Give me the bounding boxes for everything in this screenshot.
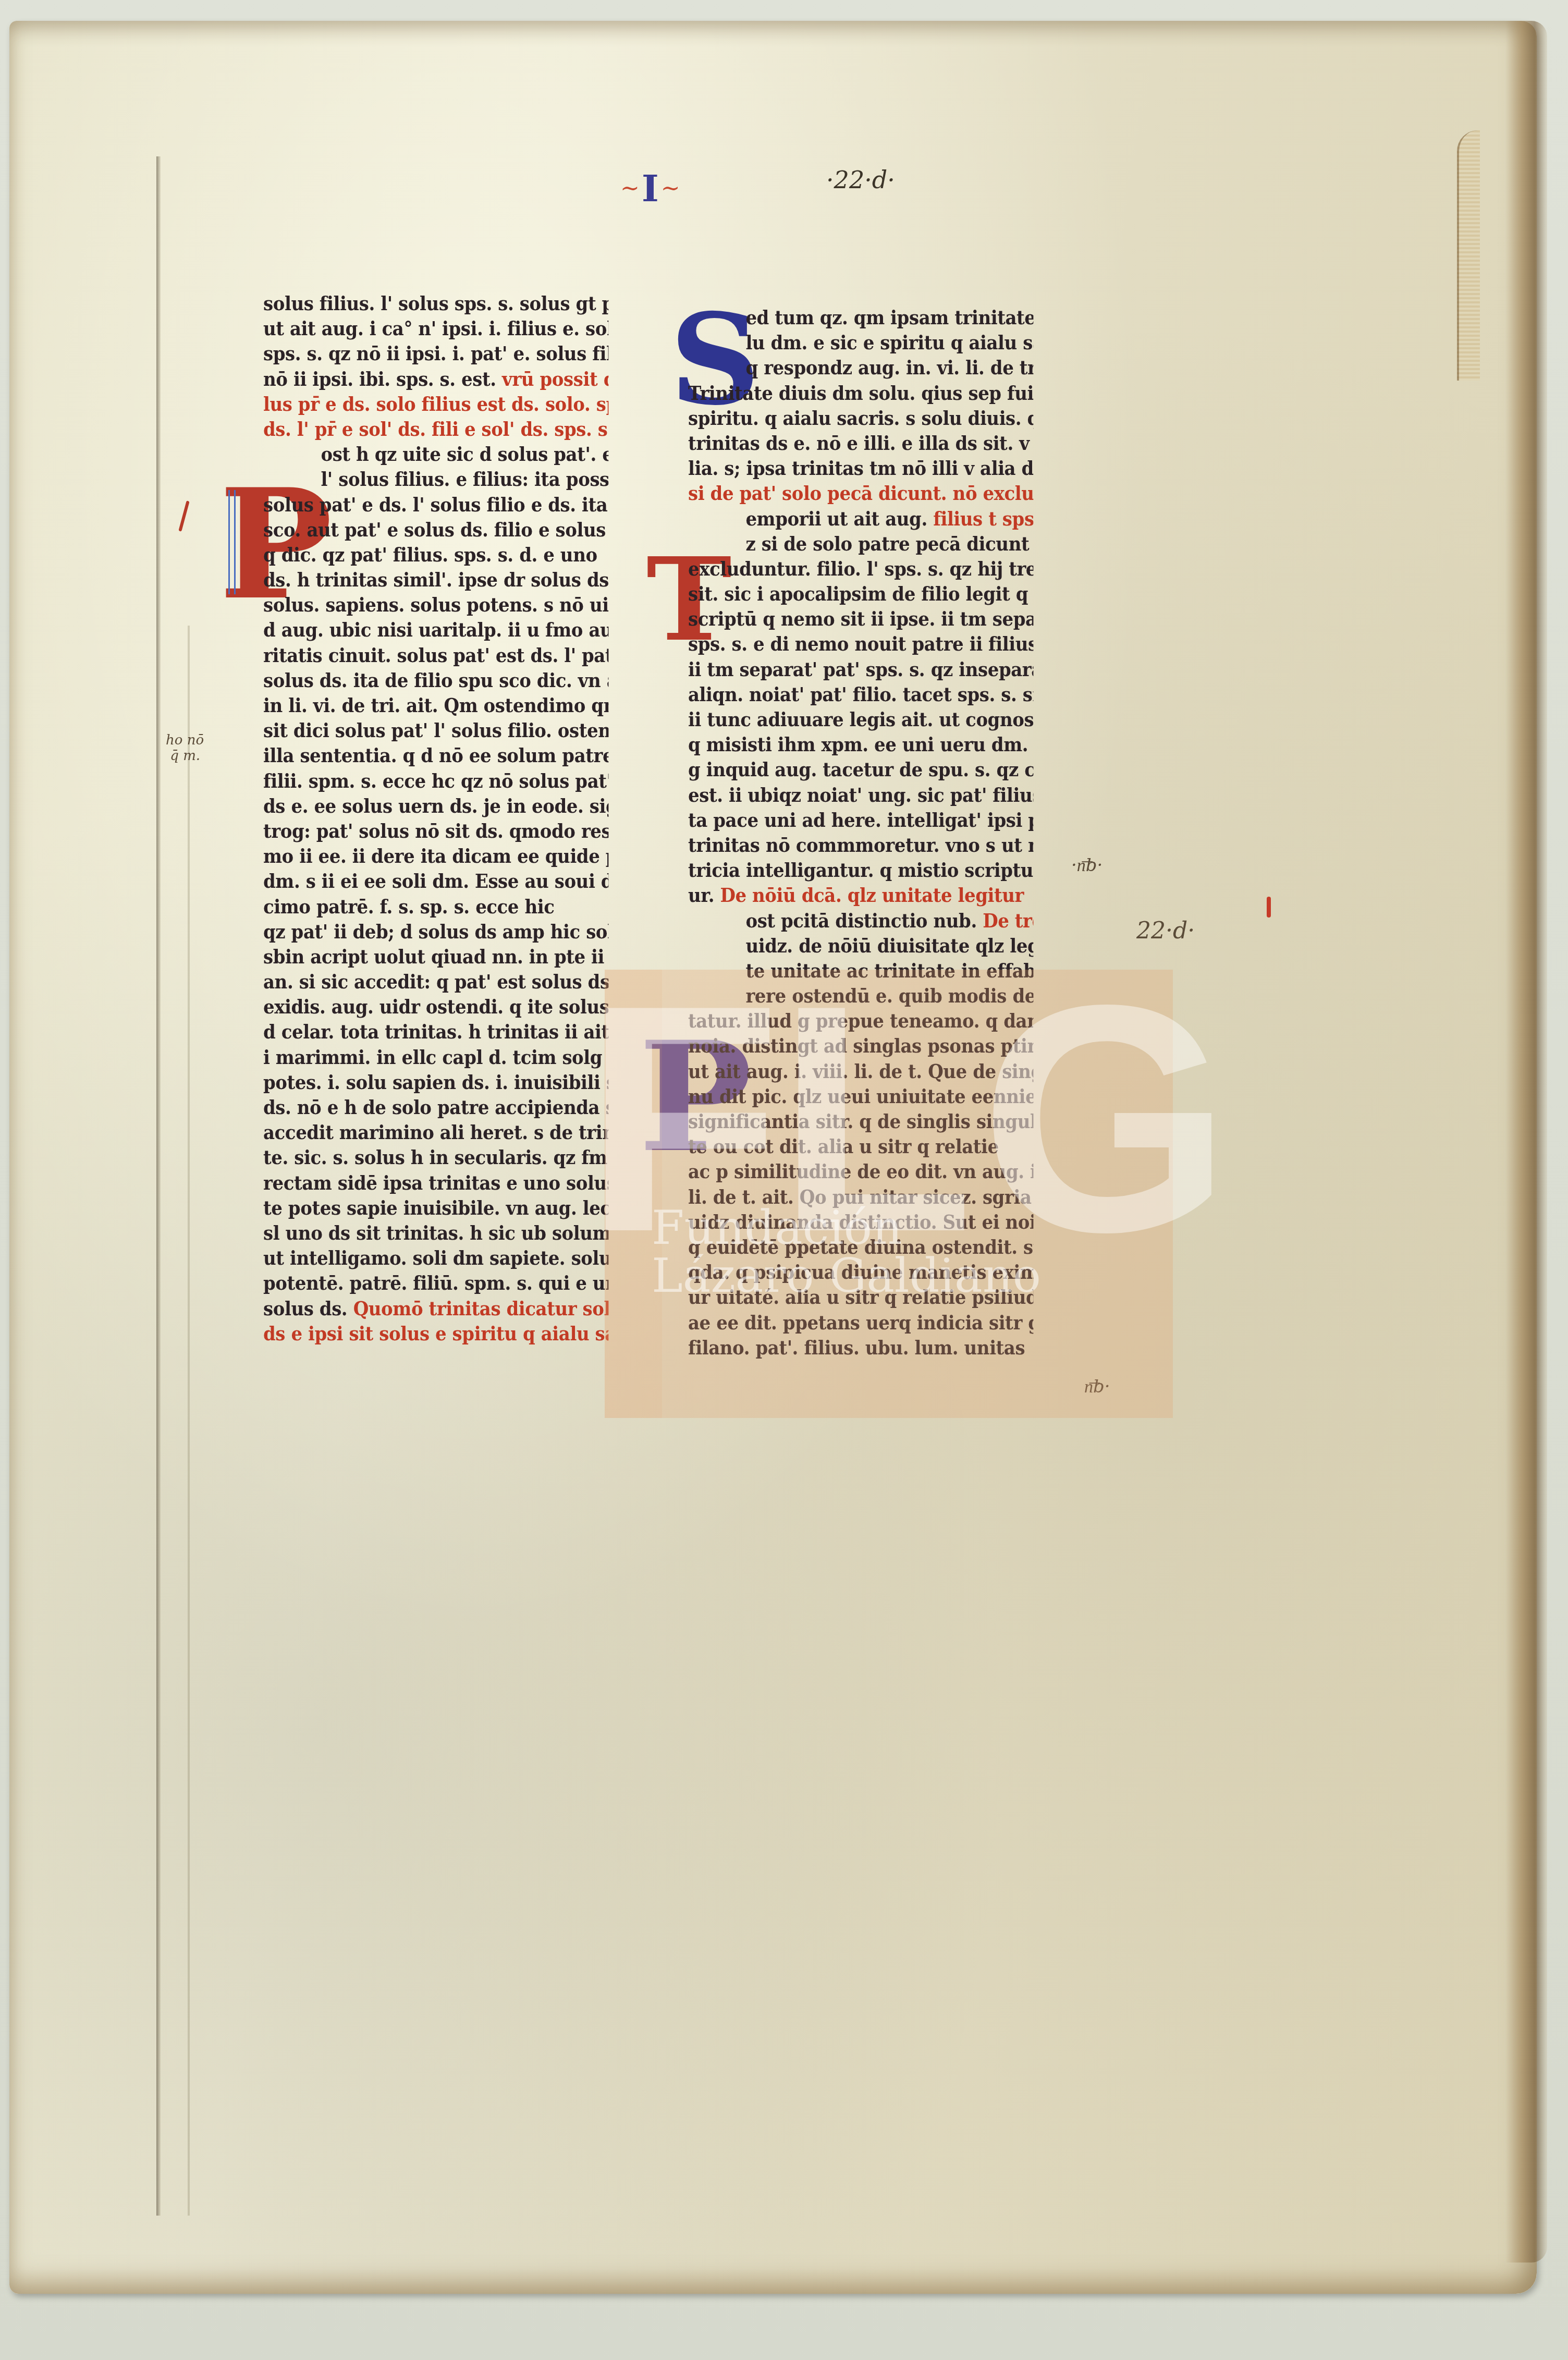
text-line: Trinitate diuis dm solu. qius sep fuit c… [688,381,1033,406]
text-line: ed tum qz. qm ipsam trinitate diuis so [688,305,1033,330]
text-line: solus pat' e ds. l' solus filio e ds. it… [263,492,608,517]
text-line: d aug. ubic nisi uaritalp. ii u fmo auct… [263,617,608,642]
rubric-text: filius t sps. s. [933,507,1033,530]
text-line: exidis. aug. uidr ostendi. q ite solus d… [263,994,608,1019]
text-line: solus ds. ita de filio spu sco dic. vn a… [263,668,608,693]
running-head-letter: I [642,167,659,210]
text-line: solus. sapiens. solus potens. s nō uidr … [263,592,608,617]
text-line: ur uitaté. alia u sitr q relatie psiliud… [688,1285,1033,1310]
running-head: ~ I ~ [620,167,680,210]
nota-bene-mark-second: n͞b· [1084,1376,1110,1397]
text-line: tatur. illud g prepue teneamo. q dam ee [688,1008,1033,1033]
text-line: significantia sitr. q de singlis singula… [688,1109,1033,1134]
page-edge-right [1505,21,1547,2263]
text-line: solus filius. l' solus sps. s. solus gt … [263,291,608,316]
text-line: te unitate ac trinitate in effabilis uen… [688,958,1033,983]
text-line: mo ii ee. ii dere ita dicam ee quide pat… [263,843,608,869]
text-line: tricia intelligantur. q mistio scriptura… [688,858,1033,883]
text-line: sl uno ds sit trinitas. h sic ub solum d… [263,1220,608,1245]
text-line: solus ds. Quomō trinitas dicatur solus [263,1296,608,1321]
text-line: sps. s. e di nemo nouit patre ii filius [688,631,1033,656]
text-line: accedit marimino ali heret. s de trinita [263,1120,608,1145]
text-line: ii tm separat' pat' sps. s. qz inseparab… [688,657,1033,682]
text-line: l' solus filius. e filius: ita possit d. [263,467,608,492]
flourish-right: ~ [661,175,680,202]
text-line: ta pace uni ad here. intelligat' ipsi pa… [688,808,1033,833]
text-line: sit dici solus pat' l' solus filio. oste… [263,718,608,743]
text-line: ds e ipsi sit solus e spiritu q aialu sa… [263,1321,608,1346]
text-line: spiritu. q aialu sacris. s solu diuis. q… [688,406,1033,431]
text-line: ur. De nōiū dcā. qlz unitate legitur [688,883,1033,908]
text-line: ut ait aug. i ca° n' ipsi. i. filius e. … [263,316,608,341]
text-line: excluduntur. filio. l' sps. s. qz hij tr… [688,556,1033,581]
text-line: ds. nō e h de solo patre accipienda sit.… [263,1095,608,1120]
text-line: lus pr̄ e ds. solo filius est ds. solo. … [263,392,608,417]
page-edge-left [156,156,161,2216]
text-line: noia. distingt ad singlas psonas ptineti… [688,1033,1033,1058]
text-line: in li. vi. de tri. ait. Qm ostendimo qm … [263,693,608,718]
text-line: li. de t. ait. Qo pui nitar sicez. sgria [688,1184,1033,1209]
text-line: ritatis cinuit. solus pat' est ds. l' pa… [263,643,608,668]
text-column-left: solus filius. l' solus sps. s. solus gt … [263,291,639,1346]
text-line: ut intelligamo. soli dm sapiete. solum [263,1245,608,1270]
text-line: d celar. tota trinitas. h trinitas ii ai… [263,1019,608,1044]
text-line: ae ee dit. ppetans uerq indicia sitr ge [688,1310,1033,1335]
text-line: ost h qz uite sic d solus pat'. e pat' [263,442,608,467]
folded-corner [1457,130,1480,381]
text-line: est. ii ubiqz noiat' ung. sic pat' filiu… [688,782,1033,808]
nota-bene-mark: ·n͞b· [1071,855,1102,876]
text-line: i marimmi. in ellc capl d. tcim solg [263,1045,608,1070]
text-line: ds e. ee solus uern ds. je in eode. sigs… [263,793,608,818]
text-line: z si de solo patre pecā dicunt ii tm ind… [688,531,1033,556]
text-line: uidz diuinanda distinctio. Sut ei noia q… [688,1209,1033,1234]
text-line: an. si sic accedit: q pat' est solus ds.… [263,969,608,994]
ruling-line [188,626,190,2216]
text-line: emporii ut ait aug. filius t sps. s. [688,506,1033,531]
text-line: q dic. qz pat' filius. sps. s. d. e uno [263,542,608,567]
text-line: trinitas ds e. nō e illi. e illa ds sit.… [688,431,1033,456]
text-line: qda. q psipicua diuine manetis exim [688,1260,1033,1285]
text-line: rectam sidē ipsa trinitas e uno solus ds… [263,1170,608,1195]
marginal-folio-mark: 22·d· [1136,918,1195,944]
marginal-note-left: ho nō q̄ m. [166,732,204,764]
text-line: potentē. patrē. filiū. spm. s. qui e uno [263,1270,608,1295]
text-line: te potes sapie inuisibile. vn aug. lecte [263,1195,608,1220]
text-line: aliqn. noiat' pat' filio. tacet sps. s. … [688,682,1033,707]
text-line: trog: pat' solus nō sit ds. qmodo respod… [263,818,608,843]
text-line: q euidētē ppetate diuina ostendit. sunt [688,1234,1033,1260]
text-line: ds. l' pr̄ e sol' ds. fili e sol' ds. sp… [263,417,608,442]
text-line: sbin acript uolut qiuad nn. in pte ii sd… [263,944,608,969]
flourish-left: ~ [620,175,640,202]
text-line: si de pat' solo pecā dicunt. nō excludat… [688,481,1033,506]
text-line: illa sententia. q d nō ee solum patre. e… [263,743,608,768]
text-line: rere ostendū e. quib modis de ea alig [688,983,1033,1008]
text-line: uidz. de nōiū diuisitate qlz legitur [688,933,1033,958]
text-line: dm. s ii ei ee soli dm. Esse au soui dm.… [263,869,608,894]
text-column-right: ed tum qz. qm ipsam trinitate diuis solu… [688,305,1063,1360]
red-ink-mark [1267,897,1271,918]
text-line: ii tunc adiuuare legis ait. ut cognoscāt… [688,707,1033,732]
text-line: cimo patrē. f. s. sp. s. ecce hic [263,894,608,919]
text-line: trinitas nō commmoretur. vno s ut noiato… [688,833,1033,858]
text-line: te. sic. s. solus h in secularis. qz fm [263,1145,608,1170]
folio-number: ·22·d· [826,166,895,194]
text-line: sps. s. qz nō ii ipsi. i. pat' e. solus … [263,341,608,366]
text-line: ds. h trinitas simil'. ipse dr solus ds … [263,567,608,592]
text-line: q respondz aug. in. vi. li. de tri. ita … [688,355,1033,380]
text-line: scriptū q nemo sit ii ipse. ii tm separa… [688,606,1033,631]
rubric-text: De tro. [983,909,1033,932]
text-line: lia. s; ipsa trinitas tm nō illi v alia … [688,456,1033,481]
text-line: filano. pat'. filius. ubu. lum. unitas [688,1335,1033,1360]
text-line: te ou cot dit. alia u sitr q relatie [688,1134,1033,1159]
text-line: lu dm. e sic e spiritu q aialu sacris. a… [688,330,1033,355]
text-line: sco. aut pat' e solus ds. filio e solus … [263,517,608,542]
rubric-text: vrū possit dici so [502,368,608,390]
text-line: qz pat' ii deb; d solus ds amp hic solu.… [263,919,608,944]
text-line: potes. i. solu sapien ds. i. inuisibili … [263,1070,608,1095]
text-line: ost pcitā distinctio nub. De tro. [688,908,1033,933]
text-line: q misisti ihm xpm. ee uni ueru dm. e [688,732,1033,757]
text-line: filii. spm. s. ecce hc qz nō solus pat' … [263,768,608,793]
text-line: ut ait aug. i. viii. li. de t. Que de si… [688,1059,1033,1084]
rubric-text: De nōiū dcā. qlz unitate legitur [720,884,1024,907]
text-line: ac p similitudine de eo dit. vn aug. i. … [688,1159,1033,1184]
text-line: sit. sic i apocalipsim de filio legit q … [688,581,1033,606]
text-line: nō ii ipsi. ibi. sps. s. est. vrū possit… [263,366,608,392]
text-line: g inquid aug. tacetur de spu. s. qz cons… [688,757,1033,782]
text-line: nu dit pic. qlz ueui uniuitate eennie [688,1084,1033,1109]
rubric-text: Quomō trinitas dicatur solus [353,1297,609,1320]
